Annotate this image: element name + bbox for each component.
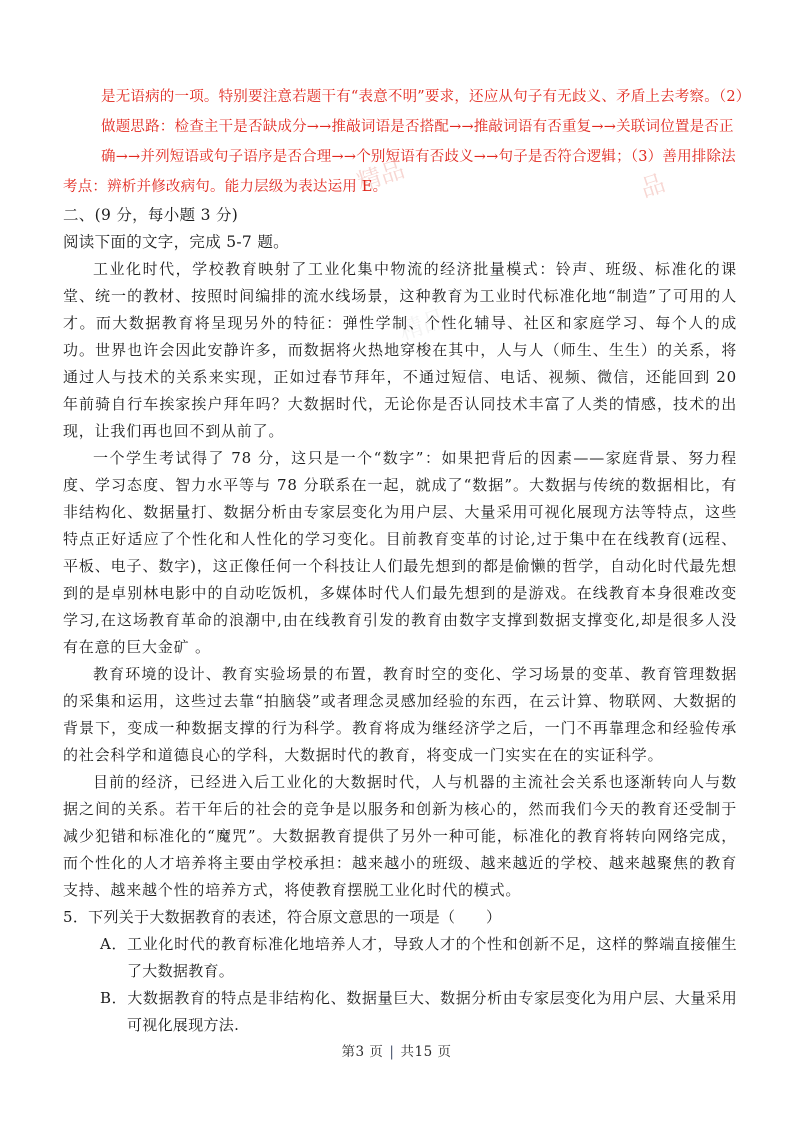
footer-separator: | — [383, 1044, 400, 1060]
passage-paragraph: 教育环境的设计、教育实验场景的布置，教育时空的变化、学习场景的变革、教育管理数据… — [63, 661, 737, 769]
section-heading: 二、(9 分，每小题 3 分) — [63, 202, 737, 229]
reading-instruction: 阅读下面的文字，完成 5-7 题。 — [63, 229, 737, 256]
question-stem: 5．下列关于大数据教育的表述，符合原文意思的一项是（ ） — [63, 904, 737, 931]
option-b-text: 大数据教育的特点是非结构化、数据量巨大、数据分析由专家层变化为用户层、大量采用可… — [127, 989, 737, 1034]
option-a-label: A． — [100, 935, 127, 953]
explanation-line: 确→→并列短语或句子语序是否合理→→个别短语有否歧义→→句子是否符合逻辑；（3）… — [63, 142, 737, 172]
passage-paragraph: 目前的经济，已经进入后工业化的大数据时代，人与机器的主流社会关系也逐渐转向人与数… — [63, 769, 737, 904]
exam-page: 精品 品 精品 是无语病的一项。特别要注意若题干有“表意不明”要求，还应从句子有… — [0, 0, 793, 1122]
explanation-line: 做题思路：检查主干是否缺成分→→推敲词语是否搭配→→推敲词语有否重复→→关联词位… — [63, 112, 737, 142]
question-5: 5．下列关于大数据教育的表述，符合原文意思的一项是（ ） A．工业化时代的教育标… — [63, 904, 737, 1039]
option-a: A．工业化时代的教育标准化地培养人才，导致人才的个性和创新不足，这样的弊端直接催… — [100, 931, 737, 985]
total-pages: 共15 页 — [400, 1044, 451, 1060]
page-content: 是无语病的一项。特别要注意若题干有“表意不明”要求，还应从句子有无歧义、矛盾上去… — [63, 82, 737, 1039]
option-b-label: B． — [100, 989, 127, 1007]
option-a-text: 工业化时代的教育标准化地培养人才，导致人才的个性和创新不足，这样的弊端直接催生了… — [127, 935, 737, 980]
option-b: B．大数据教育的特点是非结构化、数据量巨大、数据分析由专家层变化为用户层、大量采… — [100, 985, 737, 1039]
answer-explanation-block: 是无语病的一项。特别要注意若题干有“表意不明”要求，还应从句子有无歧义、矛盾上去… — [63, 82, 737, 202]
exam-point-line: 考点：辨析并修改病句。能力层级为表达运用 E。 — [63, 172, 737, 202]
passage-paragraph: 一个学生考试得了 78 分，这只是一个“数字”：如果把背后的因素——家庭背景、努… — [63, 445, 737, 661]
explanation-line: 是无语病的一项。特别要注意若题干有“表意不明”要求，还应从句子有无歧义、矛盾上去… — [63, 82, 737, 112]
reading-passage: 工业化时代，学校教育映射了工业化集中物流的经济批量模式：铃声、班级、标准化的课堂… — [63, 256, 737, 904]
page-number: 第3 页 — [342, 1044, 384, 1060]
passage-paragraph: 工业化时代，学校教育映射了工业化集中物流的经济批量模式：铃声、班级、标准化的课堂… — [63, 256, 737, 445]
page-footer: 第3 页|共15 页 — [0, 1040, 793, 1060]
